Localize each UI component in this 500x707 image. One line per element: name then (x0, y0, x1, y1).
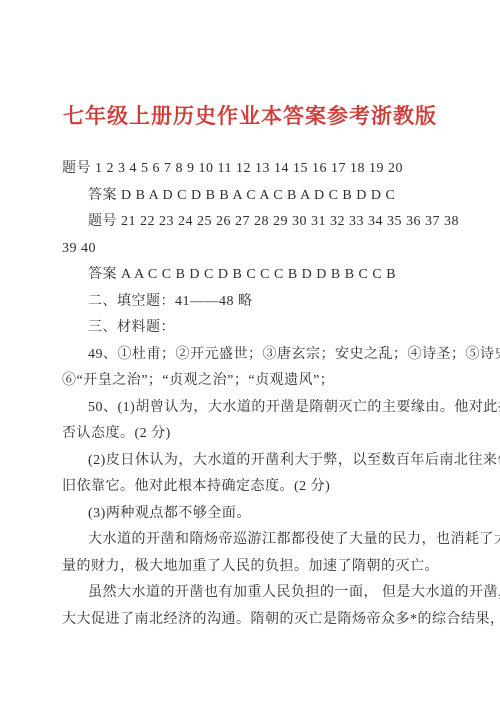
materials-section-heading: 三、材料题： (62, 315, 442, 342)
question-50-part3-paragraph2-line: 虽然大水道的开凿也有加重人民负担的一面， 但是大水道的开凿， (62, 580, 442, 607)
mc-part1-answers-row: 答案 D B A D C D B B A C A C B A D C B D D… (62, 183, 442, 210)
mc-part2-answers-row: 答案 A A C C B D C D B C C C B D D B B C C… (62, 262, 442, 289)
question-50-part1-line: 50、(1)胡曾认为，大水道的开凿是隋朝灭亡的主要缘由。他对此持 (62, 395, 442, 422)
question-50-part1-line-wrap: 否认态度。(2 分) (62, 421, 442, 448)
question-50-part2-line-wrap: 旧依靠它。他对此根本持确定态度。(2 分) (62, 474, 442, 501)
mc-part2-question-numbers-row-wrap: 39 40 (62, 236, 442, 263)
question-50-part3-paragraph1-line-wrap: 量的财力，极大地加重了人民的负担。加速了隋朝的灭亡。 (62, 554, 442, 581)
mc-part2-question-numbers-row: 题号 21 22 23 24 25 26 27 28 29 30 31 32 3… (62, 209, 442, 236)
question-49-answer-line: 49、①杜甫；②开元盛世；③唐玄宗；安史之乱；④诗圣；⑤诗史； (62, 342, 442, 369)
document-body: 题号 1 2 3 4 5 6 7 8 9 10 11 12 13 14 15 1… (62, 156, 442, 633)
question-49-answer-line-wrap: ⑥“开皇之治”；“贞观之治”；“贞观遗风”； (62, 368, 442, 395)
document-title: 七年级上册历史作业本答案参考浙教版 (0, 0, 500, 130)
question-50-part3-paragraph1-line: 大水道的开凿和隋炀帝巡游江都都役使了大量的民力，也消耗了大 (62, 527, 442, 554)
question-50-part3-paragraph2-line-wrap: 大大促进了南北经济的沟通。隋朝的灭亡是隋炀帝众多*的综合结果，并 (62, 607, 442, 634)
document-page: 七年级上册历史作业本答案参考浙教版 题号 1 2 3 4 5 6 7 8 9 1… (0, 0, 500, 707)
question-50-part2-line: (2)皮日休认为，大水道的开凿利大于弊，以至数百年后南北往来仍 (62, 448, 442, 475)
mc-part1-question-numbers-row: 题号 1 2 3 4 5 6 7 8 9 10 11 12 13 14 15 1… (62, 156, 442, 183)
question-50-part3-line: (3)两种观点都不够全面。 (62, 501, 442, 528)
fill-blanks-section-heading: 二、填空题：41——48 略 (62, 289, 442, 316)
